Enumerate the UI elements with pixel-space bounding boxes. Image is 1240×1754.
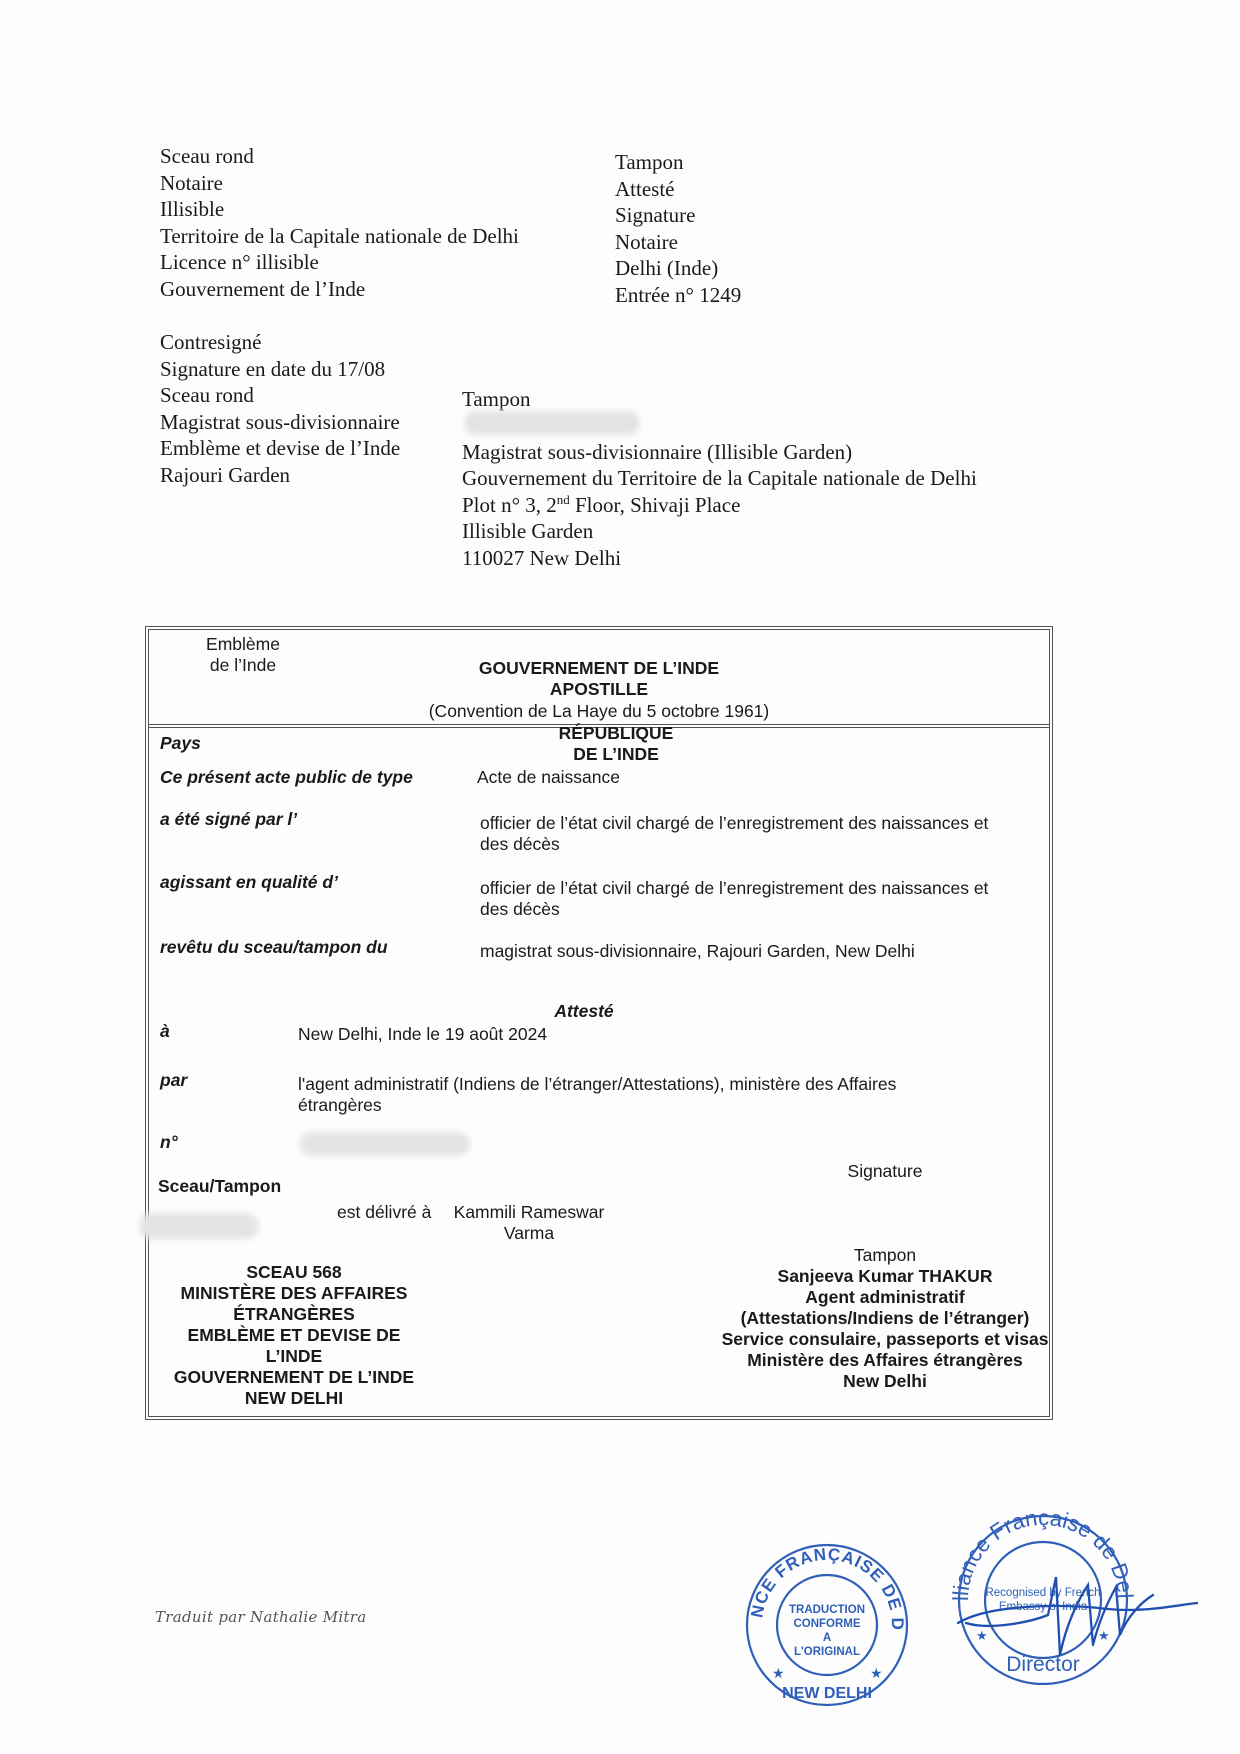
by-label: par	[160, 1070, 187, 1091]
notary-line: Illisible	[160, 196, 519, 223]
star-icon: ★	[1098, 1628, 1110, 1643]
signed-by-value: officier de l’état civil chargé de l’enr…	[480, 813, 988, 855]
notary-stamp-line: Notaire	[615, 229, 741, 256]
countersign-line: Magistrat sous-divisionnaire	[160, 409, 400, 436]
svg-text:L'ORIGINAL: L'ORIGINAL	[794, 1646, 860, 1658]
svg-text:CONFORME: CONFORME	[793, 1618, 860, 1630]
number-label: n°	[160, 1132, 178, 1153]
countersign-line: Sceau rond	[160, 382, 400, 409]
stamp1-bottom-text: NEW DELHI	[782, 1685, 872, 1702]
document-type-label: Ce présent acte public de type	[160, 767, 413, 788]
by-value: l'agent administratif (Indiens de l’étra…	[298, 1074, 896, 1116]
certified-heading: Attesté	[149, 1001, 1019, 1022]
apostille-box: Emblème de l’Inde GOUVERNEMENT DE L’INDE…	[145, 626, 1053, 1420]
redacted-seal-id	[139, 1213, 259, 1239]
issued-to-value: Kammili Rameswar Varma	[449, 1202, 609, 1244]
notary-line: Notaire	[160, 170, 519, 197]
countersign-block: Contresigné Signature en date du 17/08 S…	[160, 329, 400, 488]
countersign-line: Rajouri Garden	[160, 462, 400, 489]
place-date-value: New Delhi, Inde le 19 août 2024	[298, 1024, 547, 1045]
capacity-label: agissant en qualité d’	[160, 872, 338, 893]
notary-stamp-block: Tampon Attesté Signature Notaire Delhi (…	[615, 149, 741, 308]
signature-label: Signature	[769, 1161, 1001, 1182]
magistrate-line: 110027 New Delhi	[462, 545, 977, 572]
star-icon: ★	[870, 1667, 883, 1682]
seal-of-label: revêtu du sceau/tampon du	[160, 937, 388, 958]
countersign-line: Emblème et devise de l’Inde	[160, 435, 400, 462]
notary-stamp-line: Entrée n° 1249	[615, 282, 741, 309]
translation-certified-stamp: ALLIANCE FRANÇAISE DE DELHI TRADUCTION C…	[742, 1540, 912, 1710]
seal-of-value: magistrat sous-divisionnaire, Rajouri Ga…	[480, 941, 915, 962]
star-icon: ★	[976, 1628, 988, 1643]
country-value: RÉPUBLIQUE DE L’INDE	[496, 723, 736, 765]
countersign-line: Signature en date du 17/08	[160, 356, 400, 383]
magistrate-line: Magistrat sous-divisionnaire (Illisible …	[462, 439, 977, 466]
officer-stamp: Tampon Sanjeeva Kumar THAKUR Agent admin…	[679, 1245, 1091, 1392]
svg-text:TRADUCTION: TRADUCTION	[789, 1604, 865, 1616]
magistrate-line: Illisible Garden	[462, 518, 977, 545]
notary-stamp-line: Delhi (Inde)	[615, 255, 741, 282]
notary-seal-block: Sceau rond Notaire Illisible Territoire …	[160, 143, 519, 302]
stamp2-bottom-text: Director	[1006, 1653, 1080, 1676]
director-stamp: Alliance Française de Delhi Recognised b…	[948, 1505, 1198, 1685]
notary-stamp-line: Signature	[615, 202, 741, 229]
notary-stamp-line: Attesté	[615, 176, 741, 203]
issued-to-label: est délivré à	[337, 1202, 431, 1223]
translator-credit: Traduit par Nathalie Mitra	[155, 1608, 367, 1626]
notary-stamp-line: Tampon	[615, 149, 741, 176]
svg-text:A: A	[823, 1632, 831, 1644]
capacity-value: officier de l’état civil chargé de l’enr…	[480, 878, 988, 920]
redacted-area	[464, 411, 640, 435]
ministry-seal: SCEAU 568 MINISTÈRE DES AFFAIRES ÉTRANGÈ…	[169, 1262, 419, 1409]
notary-line: Territoire de la Capitale nationale de D…	[160, 223, 519, 250]
country-label: Pays	[160, 733, 201, 754]
magistrate-line: Gouvernement du Territoire de la Capital…	[462, 465, 977, 492]
document-type-value: Acte de naissance	[477, 767, 620, 788]
notary-line: Gouvernement de l’Inde	[160, 276, 519, 303]
magistrate-address: Plot n° 3, 2nd Floor, Shivaji Place	[462, 492, 977, 519]
countersign-line: Contresigné	[160, 329, 400, 356]
notary-line: Sceau rond	[160, 143, 519, 170]
seal-stamp-label: Sceau/Tampon	[158, 1176, 281, 1197]
apostille-title: APOSTILLE	[149, 679, 1049, 700]
redacted-number	[300, 1132, 470, 1156]
magistrate-stamp-label: Tampon	[462, 386, 977, 413]
star-icon: ★	[772, 1667, 785, 1682]
signed-by-label: a été signé par l’	[160, 809, 297, 830]
apostille-title-government: GOUVERNEMENT DE L’INDE	[149, 658, 1049, 679]
notary-line: Licence n° illisible	[160, 249, 519, 276]
place-label: à	[160, 1021, 170, 1042]
hague-convention: (Convention de La Haye du 5 octobre 1961…	[149, 701, 1049, 722]
